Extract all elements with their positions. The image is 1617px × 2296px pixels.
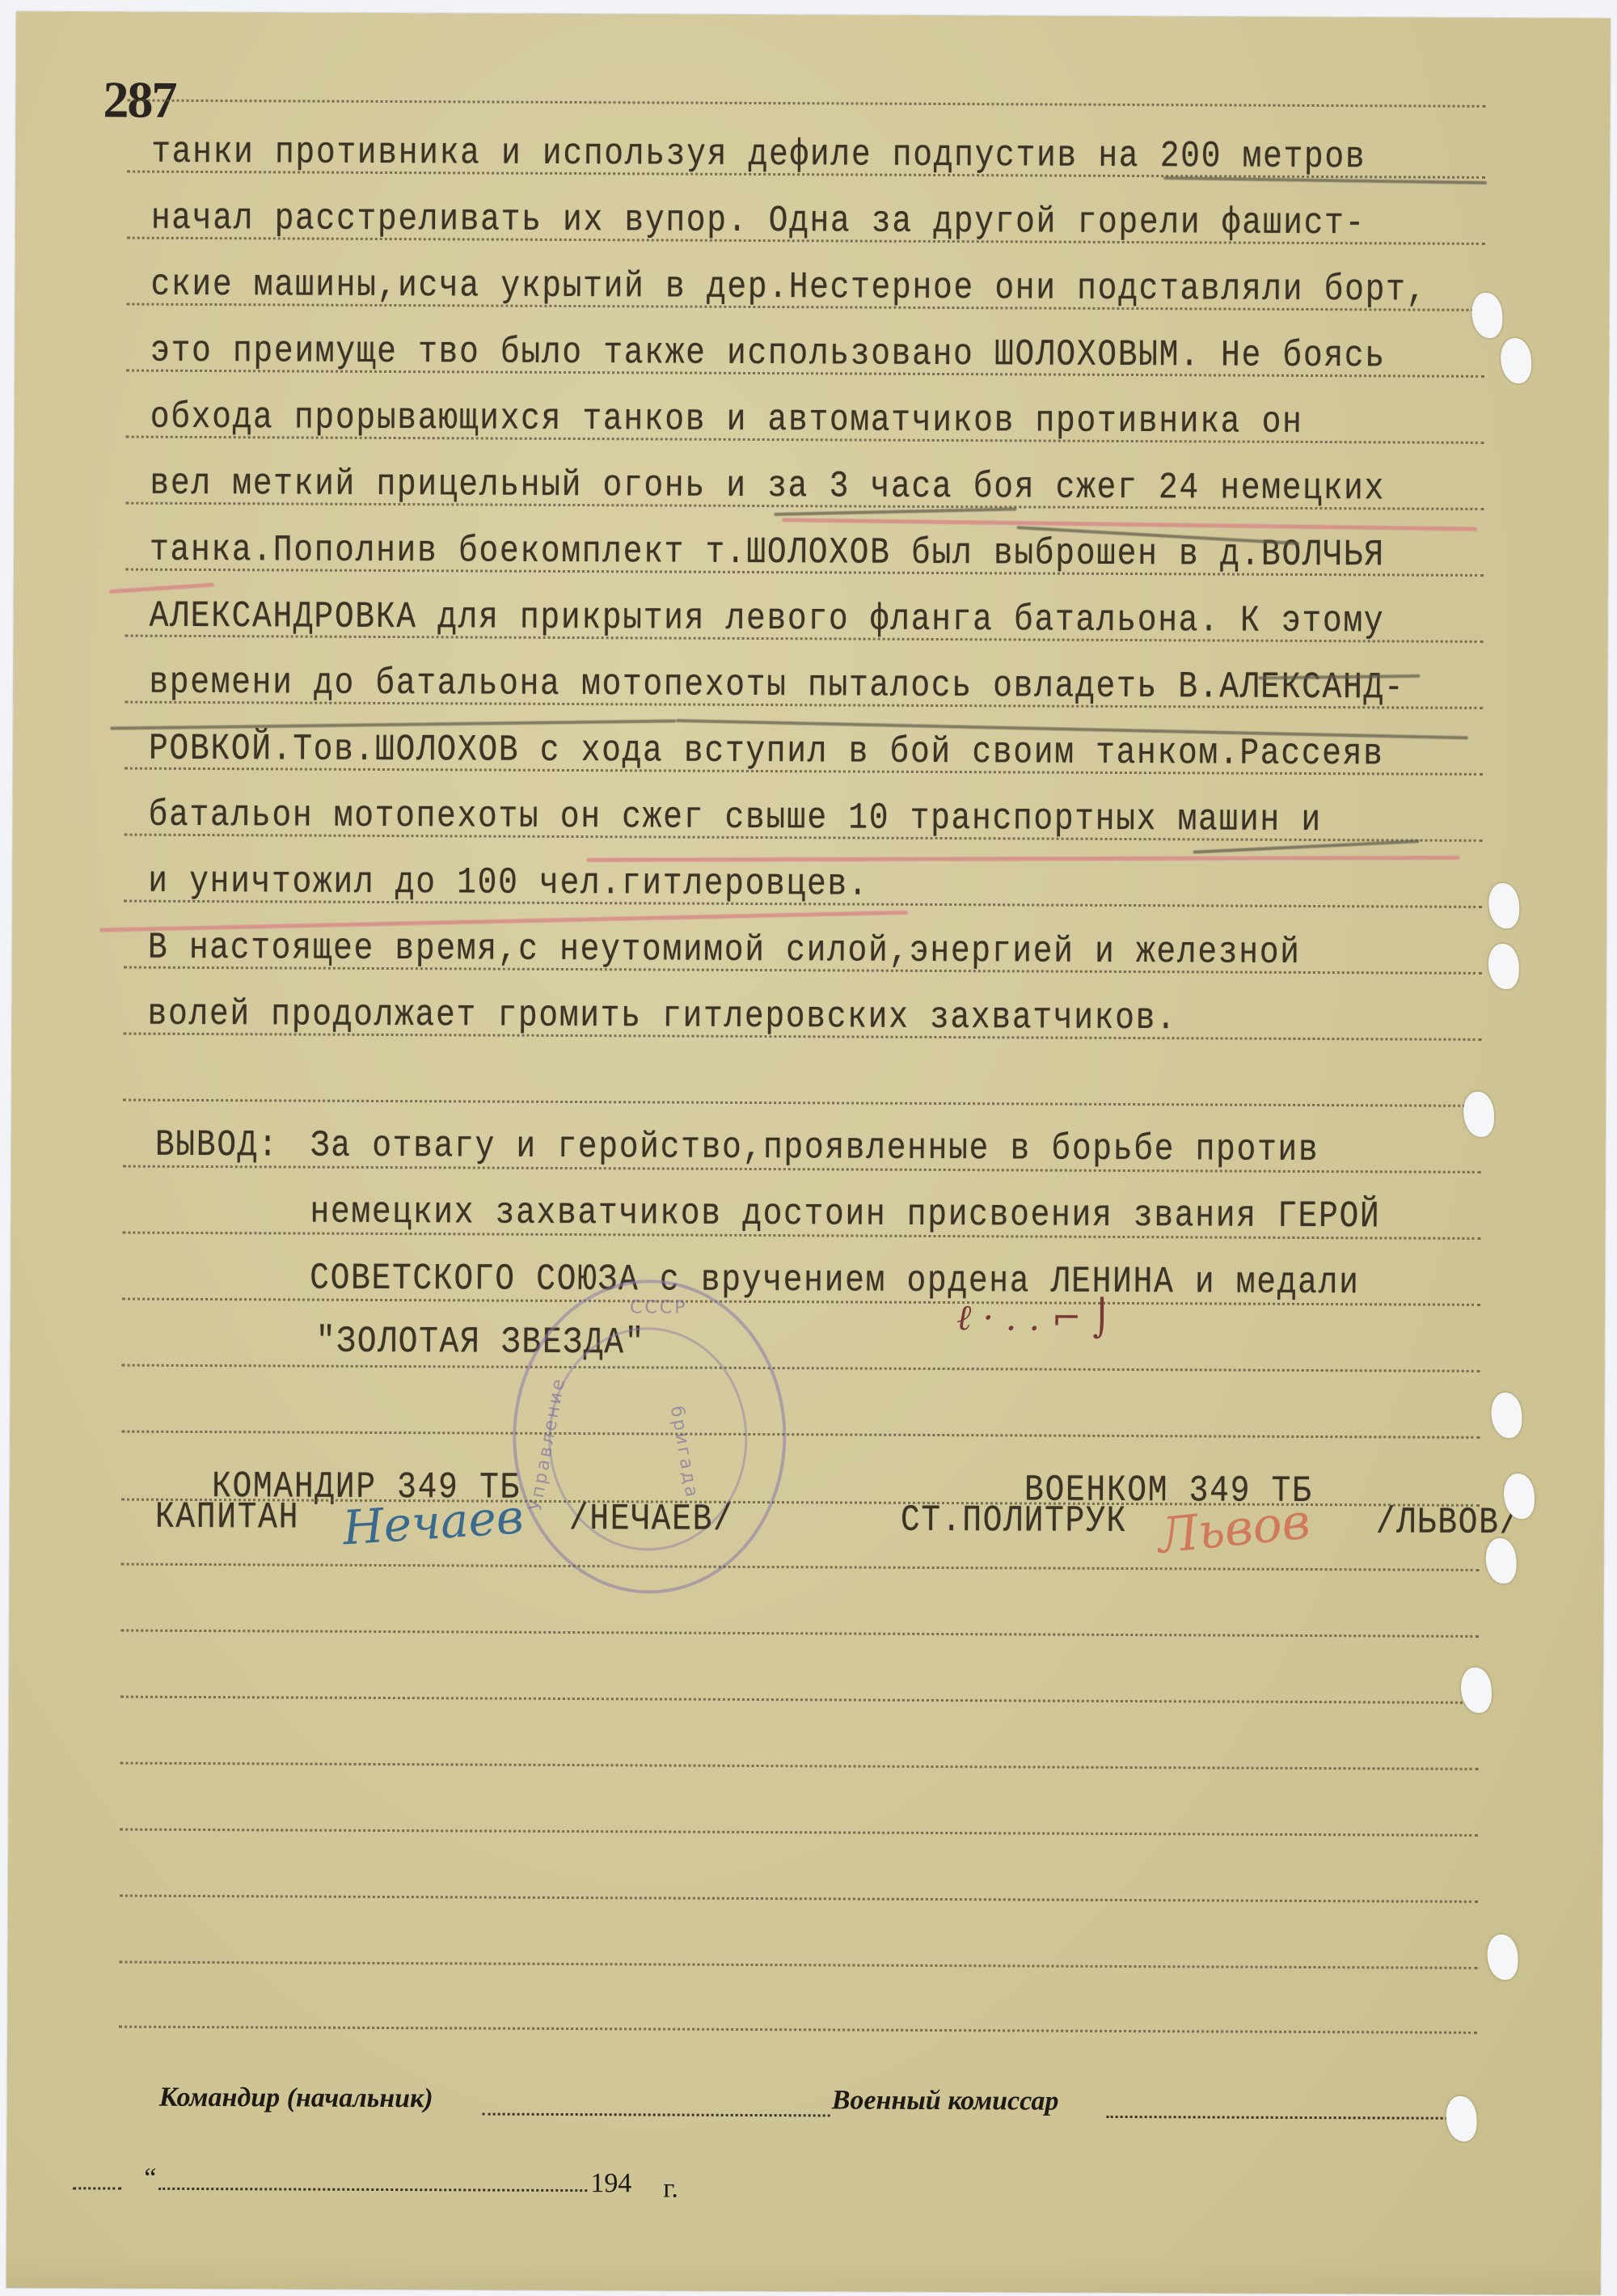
body-line: вел меткий прицельный огонь и за 3 часа … [150, 465, 1385, 508]
dotted-rule [121, 1563, 1480, 1571]
date-day-line [73, 2187, 121, 2189]
dotted-rule [128, 99, 1486, 108]
punch-hole [1488, 944, 1519, 989]
left-signatory-name: /НЕЧАЕВ/ [569, 1500, 734, 1538]
award-sheet-page: 287 танки противника и используя дефиле … [6, 11, 1611, 2295]
red-pencil-underline [782, 518, 1477, 531]
dotted-rule [120, 1696, 1479, 1704]
conclusion-line: За отвагу и геройство,проявленные в борь… [310, 1127, 1319, 1169]
body-line: АЛЕКСАНДРОВКА для прикрытия левого фланг… [150, 598, 1385, 641]
punch-hole [1471, 293, 1502, 338]
stamp-text-top: СССР [630, 1297, 687, 1317]
right-signatory-name: /ЛЬВОВ/ [1376, 1503, 1520, 1541]
commissar-signature-line [1107, 2116, 1463, 2120]
body-line: ские машины,исча укрытий в дер.Нестерное… [150, 266, 1427, 309]
body-line: танки противника и используя дефиле подп… [151, 133, 1366, 176]
dotted-rule [123, 1099, 1481, 1107]
dotted-rule [119, 1961, 1477, 1969]
body-line: батальон мотопехоты он сжег свыше 10 тра… [149, 797, 1322, 839]
date-year-prefix: 194 [590, 2168, 631, 2199]
date-year-suffix: г. [663, 2174, 678, 2205]
punch-hole [1486, 1538, 1517, 1584]
body-line: В настоящее время,с неутомимой силой,эне… [148, 929, 1301, 971]
dotted-rule [121, 1431, 1480, 1439]
left-signatory-rank: КАПИТАН [155, 1499, 299, 1537]
dotted-rule [122, 1364, 1480, 1372]
date-month-line [158, 2188, 587, 2192]
body-line: это преимуще тво было также использовано… [150, 332, 1386, 375]
conclusion-line: немецких захватчиков достоин присвоения … [310, 1194, 1380, 1236]
red-pencil-underline [109, 583, 214, 594]
pencil-underline [1193, 839, 1420, 853]
punch-hole [1463, 1092, 1494, 1137]
commander-label: Командир (начальник) [159, 2082, 433, 2114]
body-line: обхода прорывающихся танков и автоматчик… [150, 399, 1303, 441]
punch-hole [1491, 1393, 1522, 1438]
official-stamp: СССР бригада Управление [512, 1279, 787, 1594]
pencil-underline [774, 507, 1016, 516]
date-open-quote: “ [144, 2163, 156, 2194]
punch-hole [1487, 1934, 1518, 1980]
dotted-rule [120, 1630, 1479, 1638]
punch-hole [1501, 338, 1531, 383]
punch-hole [1488, 883, 1519, 928]
red-pencil-underline [586, 856, 1459, 862]
right-signatory-rank: СТ.ПОЛИТРУК [901, 1502, 1127, 1540]
body-line: и уничтожил до 100 чел.гитлеровцев. [148, 863, 868, 903]
dotted-rule [120, 1895, 1478, 1903]
conclusion-line: СОВЕТСКОГО СОЮЗА с вручением ордена ЛЕНИ… [310, 1260, 1360, 1302]
dotted-rule [119, 2026, 1477, 2034]
dotted-rule [120, 1762, 1479, 1770]
punch-hole [1446, 2096, 1477, 2142]
commander-signature-line [483, 2113, 830, 2117]
handwritten-mark: ℓ · ․ ․ ⌐ ⌡ [956, 1297, 1112, 1339]
body-line: волей продолжает громить гитлеровских за… [147, 996, 1176, 1038]
body-line: начал расстреливать их вупор. Одна за др… [151, 200, 1366, 243]
body-line: времени до батальона мотопехоты пыталось… [149, 664, 1404, 707]
conclusion-label: ВЫВОД: [155, 1127, 279, 1165]
punch-hole [1461, 1668, 1492, 1713]
body-line: РОВКОЙ.Тов.ШОЛОХОВ с хода вступил в бой … [149, 730, 1384, 773]
dotted-rule [120, 1829, 1478, 1837]
commissar-label: Военный комиссар [832, 2085, 1059, 2116]
